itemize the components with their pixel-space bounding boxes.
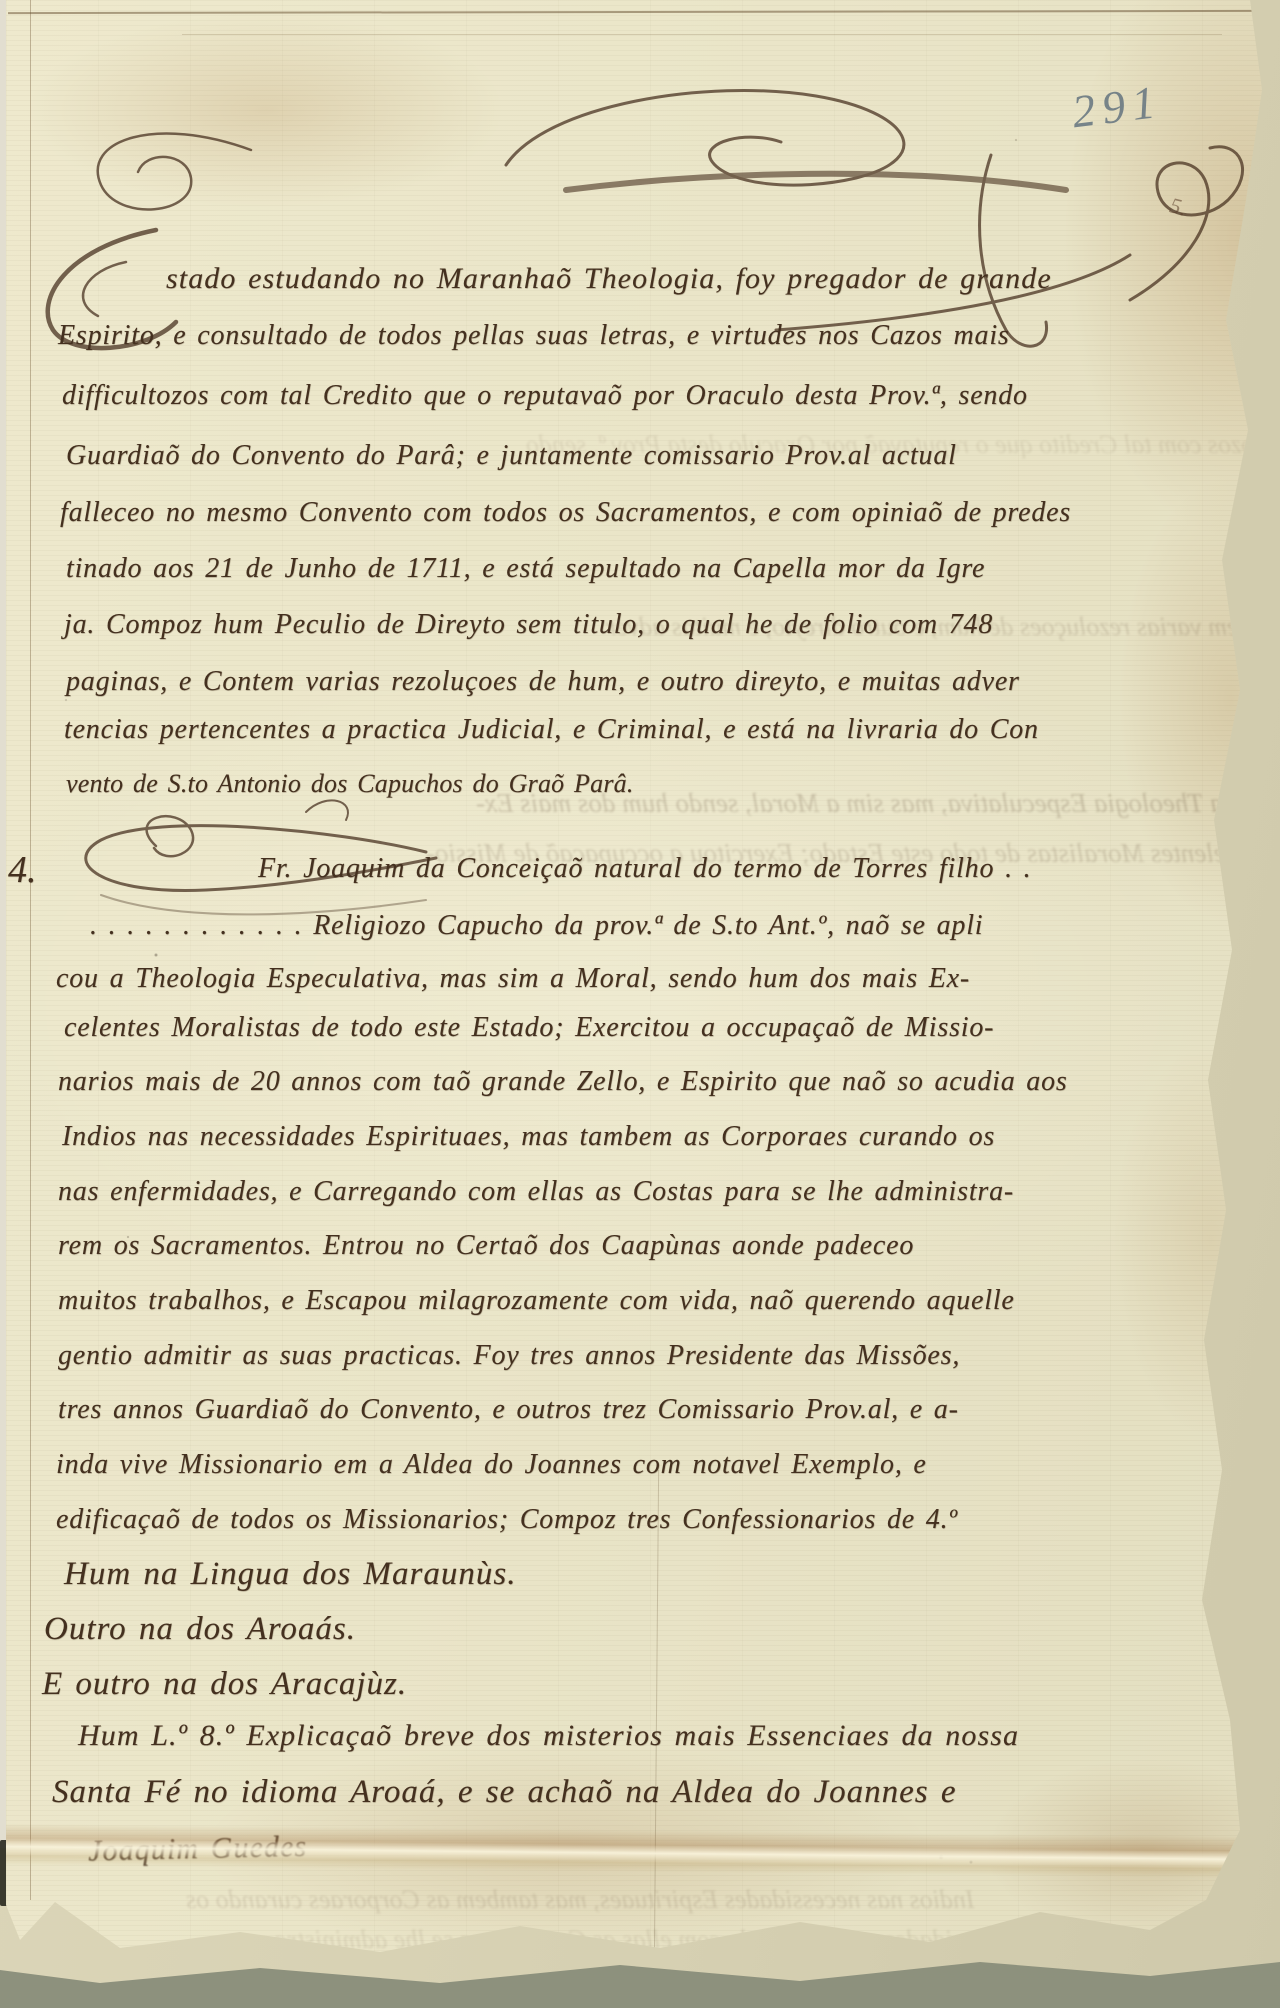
manuscript-line: Hum L.º 8.º Explicaçaõ breve dos misteri…: [78, 1719, 1019, 1753]
manuscript-line: paginas, e Contem varias rezoluçoes de h…: [66, 666, 1020, 698]
page-top-crease: [182, 34, 1222, 35]
manuscript-line: celentes Moralistas de todo este Estado;…: [64, 1012, 994, 1044]
ink-bleedthrough: Indios nas necessidades Espirituaes, mas…: [186, 1885, 975, 1915]
vertical-crease: [654, 1470, 659, 1960]
manuscript-line: muitos trabalhos, e Escapou milagrozamen…: [58, 1285, 1015, 1317]
manuscript-line: tinado aos 21 de Junho de 1711, e está s…: [66, 553, 985, 585]
manuscript-line: Indios nas necessidades Espirituaes, mas…: [62, 1121, 995, 1153]
manuscript-line: Hum na Lingua dos Maraunùs.: [64, 1556, 516, 1593]
manuscript-line: ja. Compoz hum Peculio de Direyto sem ti…: [64, 609, 993, 641]
manuscript-line: narios mais de 20 annos com taõ grande Z…: [58, 1066, 1068, 1098]
manuscript-line: inda vive Missionario em a Aldea do Joan…: [56, 1449, 927, 1481]
manuscript-line: tencias pertencentes a practica Judicial…: [64, 714, 1039, 746]
manuscript-line: falleceo no mesmo Convento com todos os …: [60, 497, 1071, 529]
manuscript-line: edificaçaõ de todos os Missionarios; Com…: [56, 1504, 958, 1536]
page-left-edge: [0, 0, 7, 1848]
paper-tear: [6, 1823, 1268, 1878]
manuscript-line: Fr. Joaquim da Conceiçaõ natural do term…: [258, 853, 1032, 885]
folio-number-pencil: 291: [1069, 75, 1165, 139]
manuscript-line: . . . . . . . . . . . . Religiozo Capuch…: [90, 910, 983, 942]
manuscript-line: tres annos Guardiaõ do Convento, e outro…: [58, 1394, 959, 1426]
left-margin-entry-number: 4.: [8, 848, 37, 892]
manuscript-line: difficultozos com tal Credito que o repu…: [62, 380, 1028, 412]
right-margin-mark: 5.: [1167, 192, 1189, 221]
manuscript-line: Outro na dos Aroaás.: [44, 1611, 356, 1648]
manuscript-line: gentio admitir as suas practicas. Foy tr…: [58, 1340, 960, 1372]
fold-crease-left: [30, 0, 31, 1900]
manuscript-line: vento de S.to Antonio dos Capuchos do Gr…: [66, 769, 634, 799]
manuscript-scan: 291 5. 4. stado estudando no Maranhaõ Th…: [0, 0, 1280, 2008]
manuscript-page: 291 5. 4. stado estudando no Maranhaõ Th…: [6, 0, 1268, 1962]
manuscript-line: cou a Theologia Especulativa, mas sim a …: [56, 963, 970, 995]
page-top-edge-line: [8, 10, 1256, 14]
manuscript-line: Santa Fé no idioma Aroaá, e se achaõ na …: [52, 1774, 957, 1811]
manuscript-line: nas enfermidades, e Carregando com ellas…: [58, 1176, 1014, 1208]
manuscript-line: rem os Sacramentos. Entrou no Certaõ dos…: [58, 1230, 914, 1262]
manuscript-line: Guardiaõ do Convento do Parâ; e juntamen…: [66, 440, 957, 472]
manuscript-line: stado estudando no Maranhaõ Theologia, f…: [166, 262, 1052, 296]
manuscript-line: E outro na dos Aracajùz.: [42, 1666, 407, 1703]
manuscript-line: Espirito, e consultado de todos pellas s…: [58, 320, 1010, 352]
